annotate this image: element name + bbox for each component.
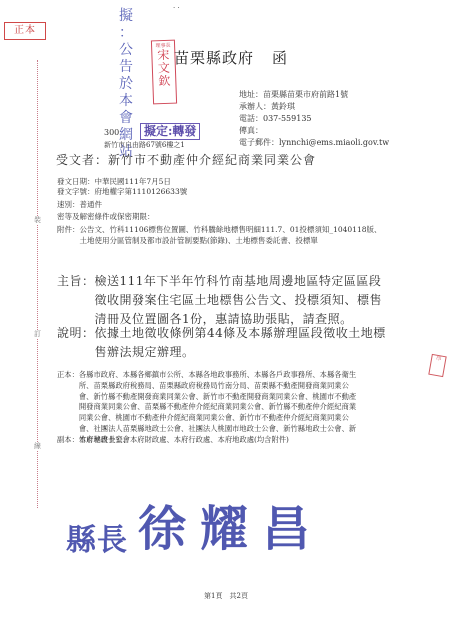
note-char: 公 <box>118 42 134 59</box>
subject: 主旨： 檢送111年下半年竹科竹南基地周邊地區特定區區段徵收開發案住宅區土地標售… <box>57 272 393 329</box>
explanation: 說明： 依據土地徵收條例第44條及本縣辦理區段徵收土地標售辦法規定辦理。 <box>57 324 393 362</box>
margin-mark-zhuang: 裝 <box>33 216 42 225</box>
copies-label: 副本： <box>57 435 79 446</box>
signature-name: 徐耀昌 <box>138 501 324 557</box>
speed-value: 普通件 <box>80 200 103 210</box>
speed-label: 速別： <box>57 200 80 210</box>
number-label: 發文字號： <box>57 187 95 197</box>
meta-speed: 速別：普通件 <box>57 200 102 210</box>
contact-email: 電子郵件：lynnchi@ems.miaoli.gov.tw <box>239 137 389 149</box>
margin-mark-ding: 訂 <box>33 330 42 339</box>
secrecy-label: 密等及解密條件或保密期限： <box>57 212 155 222</box>
page-indicator: 第1頁 共2頁 <box>0 591 452 601</box>
contact-phone: 電話：037-559135 <box>239 113 389 125</box>
contact-block: 地址：苗栗縣苗栗市府前路1號 承辦人：黃鈴琪 電話：037-559135 傳真：… <box>239 89 389 149</box>
process-stamp: 擬定:轉發 <box>140 123 200 140</box>
attachments: 附件： 公告文、竹科11106標售位置圖、竹科騰餘地標售明細111.7、01投標… <box>57 224 382 246</box>
note-char: ： <box>118 25 134 42</box>
scan-dots: · · <box>173 4 180 12</box>
explanation-value: 依據土地徵收條例第44條及本縣辦理區段徵收土地標售辦法規定辦理。 <box>95 324 393 362</box>
contact-handler: 承辦人：黃鈴琪 <box>239 101 389 113</box>
contact-address: 地址：苗栗縣苗栗市府前路1號 <box>239 89 389 101</box>
agency-header: 苗栗縣政府函 <box>174 47 288 68</box>
margin-mark-xian: 線 <box>33 442 42 451</box>
copies: 副本： 本府秘書長室、本府財政處、本府行政處、本府地政處(均含附件) <box>57 435 397 446</box>
vertical-handwritten-note: 擬 ： 公 告 於 本 會 網 站 <box>118 8 134 161</box>
signature-stamp: 縣長徐耀昌 <box>66 490 324 559</box>
recipient-zip: 300 <box>104 128 119 137</box>
note-char: 於 <box>118 76 134 93</box>
date-label: 發文日期： <box>57 177 95 187</box>
number-value: 府地權字第1110126633號 <box>95 187 188 197</box>
meta-secrecy: 密等及解密條件或保密期限： <box>57 212 155 222</box>
subject-label: 主旨： <box>57 272 95 329</box>
note-char: 本 <box>118 93 134 110</box>
copy-type-stamp: 正本 <box>4 22 46 40</box>
binding-line <box>37 60 38 508</box>
subject-value: 檢送111年下半年竹科竹南基地周邊地區特定區區段徵收開發案住宅區土地標售公告文、… <box>95 272 393 329</box>
note-char: 告 <box>118 59 134 76</box>
seal-name: 宋文欽 <box>152 49 175 89</box>
date-value: 中華民國111年7月5日 <box>95 177 171 187</box>
explanation-label: 說明： <box>57 324 95 362</box>
small-seal-icon: 印 <box>428 354 446 377</box>
attachments-value: 公告文、竹科11106標售位置圖、竹科騰餘地標售明細111.7、01投標須知_1… <box>80 224 383 246</box>
meta-date: 發文日期：中華民國111年7月5日 發文字號：府地權字第1110126633號 <box>57 177 187 197</box>
recipient-address: 新竹市自由路67號6樓之1 <box>104 140 185 150</box>
attachments-label: 附件： <box>57 224 80 246</box>
note-char: 擬 <box>118 8 134 25</box>
signature-title: 縣長 <box>66 523 128 558</box>
copies-value: 本府秘書長室、本府財政處、本府行政處、本府地政處(均含附件) <box>79 435 397 446</box>
note-char: 會 <box>118 110 134 127</box>
recipient-line: 受文者：新竹市不動產仲介經紀商業同業公會 <box>56 151 316 168</box>
doc-type: 函 <box>272 49 288 67</box>
agency-name: 苗栗縣政府 <box>174 49 254 67</box>
contact-fax: 傳真： <box>239 125 389 137</box>
